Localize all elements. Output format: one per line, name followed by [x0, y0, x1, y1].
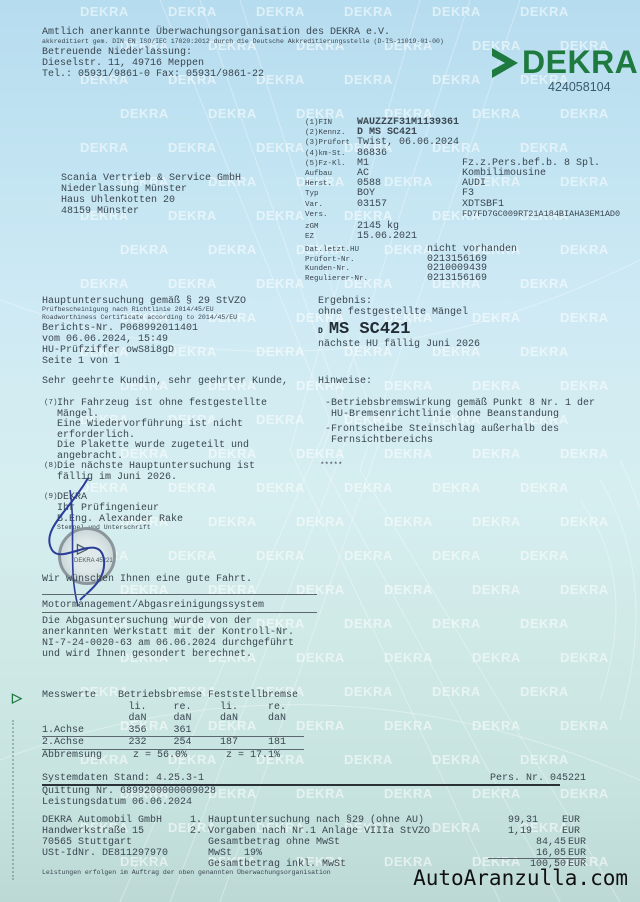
- watermark-text: DEKRA: [432, 616, 481, 631]
- watermark-text: DEKRA: [208, 106, 257, 121]
- brake-measurements-table: Messwerte Betriebsbremse Feststellbremse…: [42, 690, 304, 761]
- parking-brake-z: z = 17.1%: [208, 749, 304, 761]
- unit-cell: daN: [256, 713, 304, 725]
- company-line: DEKRA Automobil GmbH: [42, 815, 162, 827]
- watermark-text: DEKRA: [256, 480, 305, 495]
- watermark-text: DEKRA: [560, 582, 609, 597]
- watermark-text: DEKRA: [256, 548, 305, 563]
- invoice-item-amount: 99,31: [508, 815, 538, 827]
- invoice-item-currency: EUR: [562, 815, 580, 827]
- net-amount: 84,45: [536, 837, 566, 849]
- axle-label: 1.Achse: [42, 725, 118, 737]
- watermark-text: DEKRA: [472, 446, 521, 461]
- dekra-wordmark: DEKRA: [522, 44, 638, 81]
- result-label: Ergebnis:: [318, 296, 372, 308]
- recipient-line: Niederlassung Münster: [61, 184, 187, 196]
- invoice-footer: Leistungen erfolgen im Auftrag der oben …: [42, 869, 331, 877]
- value-cell: 181: [256, 737, 304, 750]
- service-brake-z: z = 56.0%: [118, 749, 208, 761]
- watermark-text: DEKRA: [472, 310, 521, 325]
- plate-number: MS SC421: [329, 320, 411, 339]
- watermark-text: DEKRA: [472, 378, 521, 393]
- branch-contact: Tel.: 05931/9861-0 Fax: 05931/9861-22: [42, 69, 264, 81]
- watermark-text: DEKRA: [168, 4, 217, 19]
- watermark-text: DEKRA: [520, 548, 569, 563]
- watermark-text: DEKRA: [520, 140, 569, 155]
- side-cell: re.: [163, 702, 208, 714]
- watermark-text: DEKRA: [520, 752, 569, 767]
- watermark-text: DEKRA: [560, 174, 609, 189]
- branch-address: Dieselstr. 11, 49716 Meppen: [42, 58, 204, 70]
- watermark-text: DEKRA: [520, 616, 569, 631]
- watermark-text: DEKRA: [168, 208, 217, 223]
- accreditation-line: akkreditiert gem. DIN EN ISO/IEC 17020:2…: [42, 38, 444, 46]
- emissions-title: Motormanagement/Abgasreinigungssystem: [42, 600, 264, 612]
- value-cell: 361: [163, 725, 208, 737]
- watermark-text: DEKRA: [560, 310, 609, 325]
- watermark-text: DEKRA: [344, 684, 393, 699]
- net-label: Gesamtbetrag ohne MwSt: [190, 837, 340, 849]
- note-line: -Betriebsbremswirkung gemäß Punkt 8 Nr. …: [325, 398, 595, 410]
- side-cell: li.: [208, 702, 256, 714]
- watermark-text: DEKRA: [296, 446, 345, 461]
- field-value: 15.06.2021: [357, 231, 462, 243]
- dekra-arrow-icon: ▷: [77, 540, 88, 557]
- check-code: HU-Prüfziffer owS8i8gD: [42, 345, 174, 357]
- watermark-text: DEKRA: [344, 548, 393, 563]
- watermark-text: DEKRA: [80, 276, 129, 291]
- watermark-text: DEKRA: [520, 684, 569, 699]
- watermark-text: DEKRA: [256, 208, 305, 223]
- note-line: HU-Bremsenrichtlinie ohne Beanstandung: [325, 409, 559, 421]
- field-key: Vers.: [305, 210, 357, 222]
- paragraph-marker: (7): [44, 399, 58, 408]
- deceleration-label: Abbremsung: [42, 749, 118, 761]
- personnel-number: Pers. Nr. 045221: [490, 773, 586, 785]
- watermark-text: DEKRA: [560, 514, 609, 529]
- watermark-text: DEKRA: [432, 72, 481, 87]
- watermark-text: DEKRA: [384, 650, 433, 665]
- watermark-text: DEKRA: [432, 752, 481, 767]
- result-value: ohne festgestellte Mängel: [318, 307, 468, 319]
- watermark-text: DEKRA: [256, 140, 305, 155]
- watermark-text: DEKRA: [120, 106, 169, 121]
- recipient-line: Scania Vertrieb & Service GmbH: [61, 173, 241, 185]
- watermark-text: DEKRA: [560, 378, 609, 393]
- value-cell: [256, 725, 304, 737]
- watermark-text: DEKRA: [384, 378, 433, 393]
- watermark-text: DEKRA: [472, 514, 521, 529]
- watermark-text: DEKRA: [560, 650, 609, 665]
- dekra-logo: DEKRA: [488, 44, 638, 81]
- watermark-text: DEKRA: [208, 242, 257, 257]
- watermark-text: DEKRA: [256, 412, 305, 427]
- emissions-line: anerkannten Werkstatt mit der Kontroll-N…: [42, 627, 294, 639]
- unit-cell: daN: [163, 713, 208, 725]
- side-cell: li.: [118, 702, 163, 714]
- watermark-text: DEKRA: [432, 820, 481, 835]
- closing-line: Wir wünschen Ihnen eine gute Fahrt.: [42, 574, 252, 586]
- header-cell: Betriebsbremse: [118, 690, 208, 702]
- page-indicator: Seite 1 von 1: [42, 356, 120, 368]
- watermark-text: DEKRA: [384, 446, 433, 461]
- watermark-text: DEKRA: [384, 582, 433, 597]
- unit-cell: daN: [208, 713, 256, 725]
- vat-label: MwSt 19%: [190, 848, 262, 860]
- sides-row: li. re. li. re.: [42, 702, 304, 714]
- signer-title: Ihr Prüfingenieur: [57, 503, 159, 515]
- watermark-text: DEKRA: [472, 650, 521, 665]
- end-marker: *****: [320, 462, 343, 471]
- watermark-text: DEKRA: [472, 786, 521, 801]
- country-code: D: [318, 327, 323, 336]
- field-value: 0213156169: [427, 273, 487, 284]
- receipt-number: Quittung Nr. 6899200000009028: [42, 786, 216, 798]
- watermark-text: DEKRA: [384, 718, 433, 733]
- watermark-text: DEKRA: [344, 480, 393, 495]
- field-key: Regulierer-Nr.: [305, 274, 427, 286]
- table-header-row: Messwerte Betriebsbremse Feststellbremse: [42, 690, 304, 702]
- watermark-text: DEKRA: [168, 344, 217, 359]
- paragraph-marker: (9): [44, 493, 58, 502]
- watermark-text: DEKRA: [296, 786, 345, 801]
- value-cell: 356: [118, 725, 163, 737]
- org-line: Amtlich anerkannte Überwachungsorganisat…: [42, 27, 390, 39]
- invoice-item-amount: 1,19: [508, 826, 532, 838]
- report-date: vom 06.06.2024, 15:49: [42, 334, 168, 346]
- watermark-text: DEKRA: [80, 4, 129, 19]
- recipient-line: Haus Uhlenkotten 20: [61, 195, 175, 207]
- watermark-text: DEKRA: [344, 752, 393, 767]
- table-row: 1.Achse 356 361: [42, 725, 304, 737]
- watermark-text: DEKRA: [560, 106, 609, 121]
- company-line: USt-IdNr. DE811297970: [42, 848, 168, 860]
- certificate-number: 424058104: [548, 80, 611, 94]
- next-hu: nächste HU fällig Juni 2026: [318, 339, 480, 351]
- field-extra: FD7FD7GC009RT21A184BIAHA3EM1AD0: [462, 209, 620, 219]
- watermark-text: DEKRA: [296, 514, 345, 529]
- side-cell: re.: [256, 702, 304, 714]
- axle-label: 2.Achse: [42, 737, 118, 750]
- recipient-line: 48159 Münster: [61, 206, 139, 218]
- divider: [42, 612, 317, 613]
- stamp-text: DEKRA 45221: [74, 558, 113, 565]
- invoice-item-label: 2. Vorgaben nach Nr.1 Anlage VIIIa StVZO: [190, 826, 430, 838]
- vehicle-field: Vers.FD7FD7GC009RT21A184BIAHA3EM1AD0: [305, 209, 620, 222]
- vehicle-field: EZ15.06.2021: [305, 231, 462, 244]
- watermark-text: DEKRA: [344, 616, 393, 631]
- signer-org: DEKRA: [57, 492, 87, 504]
- system-data: Systemdaten Stand: 4.25.3-1: [42, 773, 204, 785]
- watermark-text: DEKRA: [520, 480, 569, 495]
- side-print-strip: [12, 720, 22, 880]
- watermark-text: DEKRA: [256, 344, 305, 359]
- invoice-item-label: 1. Hauptuntersuchung nach §29 (ohne AU): [190, 815, 424, 827]
- currency: EUR: [568, 837, 586, 849]
- watermark-text: DEKRA: [560, 718, 609, 733]
- company-line: Handwerkstraße 15: [42, 826, 144, 838]
- watermark-text: DEKRA: [432, 548, 481, 563]
- value-cell: 254: [163, 737, 208, 750]
- watermark-text: DEKRA: [384, 514, 433, 529]
- divider: [42, 594, 317, 595]
- report-subtitle-de: Prüfbescheinigung nach Richtlinie 2014/4…: [42, 306, 214, 314]
- watermark-text: DEKRA: [168, 548, 217, 563]
- watermark-text: DEKRA: [432, 480, 481, 495]
- watermark-text: DEKRA: [168, 276, 217, 291]
- watermark-text: DEKRA: [560, 242, 609, 257]
- admin-field: Regulierer-Nr.0213156169: [305, 273, 487, 286]
- company-line: 70565 Stuttgart: [42, 837, 132, 849]
- watermark-text: DEKRA: [256, 4, 305, 19]
- watermark-text: DEKRA: [520, 276, 569, 291]
- note-line: Fernsichtbereichs: [325, 435, 433, 447]
- header-cell: Feststellbremse: [208, 690, 304, 702]
- watermark-text: DEKRA: [296, 650, 345, 665]
- watermark-text: DEKRA: [344, 72, 393, 87]
- emissions-line: Die Abgasuntersuchung wurde von der: [42, 616, 252, 628]
- dekra-arrow-icon: [488, 46, 522, 80]
- watermark-text: DEKRA: [472, 718, 521, 733]
- value-cell: 187: [208, 737, 256, 750]
- watermark-text: DEKRA: [256, 276, 305, 291]
- watermark-text: DEKRA: [560, 446, 609, 461]
- letter-line: fällig im Juni 2026.: [57, 472, 177, 484]
- dekra-arrow-icon: ▷: [12, 690, 22, 706]
- header-cell: Messwerte: [42, 690, 118, 702]
- watermark-text: DEKRA: [208, 514, 257, 529]
- watermark-text: DEKRA: [80, 140, 129, 155]
- watermark-text: DEKRA: [432, 4, 481, 19]
- salutation: Sehr geehrte Kundin, sehr geehrter Kunde…: [42, 376, 288, 388]
- table-row: 2.Achse 232 254 187 181: [42, 737, 304, 750]
- watermark-text: DEKRA: [384, 786, 433, 801]
- watermark-text: DEKRA: [520, 344, 569, 359]
- notes-label: Hinweise:: [318, 376, 372, 388]
- watermark-text: DEKRA: [344, 4, 393, 19]
- value-cell: 232: [118, 737, 163, 750]
- report-subtitle-en: Roadworthiness Certificate according to …: [42, 314, 237, 322]
- deceleration-row: Abbremsung z = 56.0% z = 17.1%: [42, 749, 304, 761]
- branch-label: Betreuende Niederlassung:: [42, 47, 192, 59]
- emissions-line: und wird Ihnen gesondert berechnet.: [42, 649, 252, 661]
- service-date: Leistungsdatum 06.06.2024: [42, 797, 192, 809]
- note-line: -Frontscheibe Steinschlag außerhalb des: [325, 424, 559, 436]
- watermark-text: DEKRA: [472, 582, 521, 597]
- field-key: EZ: [305, 232, 357, 244]
- value-cell: [208, 725, 256, 737]
- invoice-item-currency: EUR: [562, 826, 580, 838]
- unit-cell: daN: [118, 713, 163, 725]
- watermark-text: DEKRA: [120, 242, 169, 257]
- overlay-watermark: AutoAranzulla.com: [413, 866, 628, 890]
- watermark-text: DEKRA: [560, 786, 609, 801]
- emissions-line: NI-7-24-0020-63 am 06.06.2024 durchgefüh…: [42, 638, 294, 650]
- report-number: Berichts-Nr. P068992011401: [42, 323, 198, 335]
- watermark-text: DEKRA: [168, 140, 217, 155]
- watermark-text: DEKRA: [432, 684, 481, 699]
- license-plate: DMS SC421: [318, 320, 410, 339]
- units-row: daN daN daN daN: [42, 713, 304, 725]
- watermark-text: DEKRA: [520, 4, 569, 19]
- paragraph-marker: (8): [44, 462, 58, 471]
